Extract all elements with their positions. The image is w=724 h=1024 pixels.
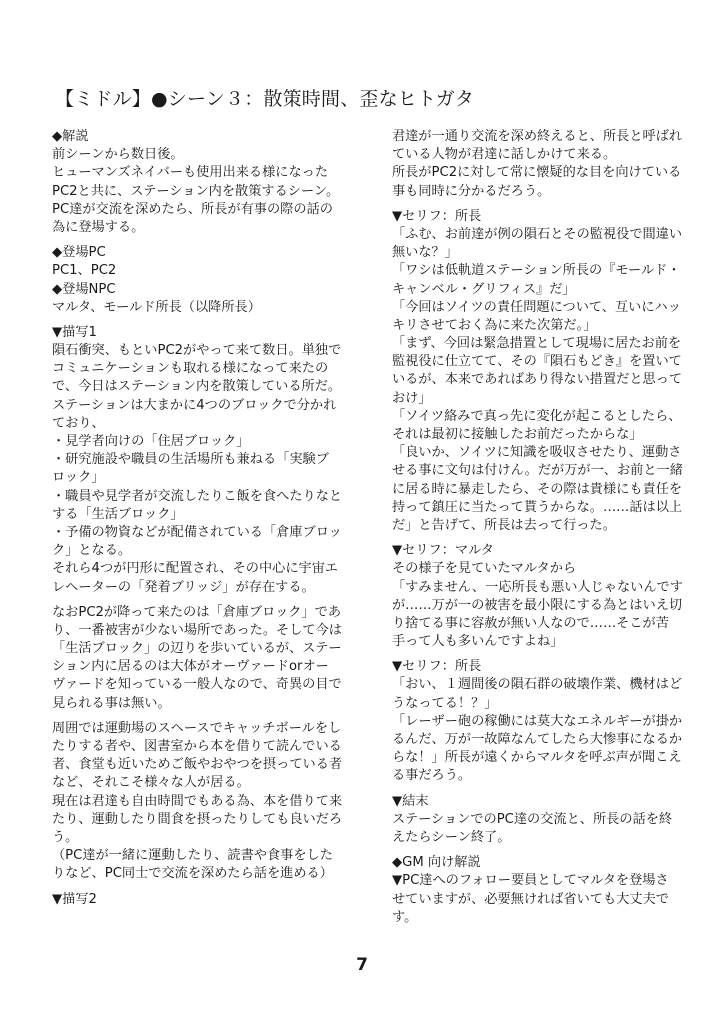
text-line: 手って人も多いんですよね」 [392,633,692,651]
text-line: ション内に居るのは大体がオーヴァードorオー [52,658,352,676]
text-line: 「ソイツ絡みで真っ先に変化が起こるとしたら、 [392,408,692,426]
text-line: が……万が一の被害を最小限にする為とはいえ切 [392,597,692,615]
text-line: に居る時に暴走したら、その際は貴様にも責任を [392,481,692,499]
paragraph-gap [392,847,692,854]
text-line: たりする者や、図書室から本を借りて読んでいる [52,738,352,756]
text-line: ロック」 [52,469,352,487]
text-line: で、今日はステーション内を散策している所だ。 [52,378,352,396]
text-line: ステーションでのPC達の交流と、所長の話を終 [392,811,692,829]
text-line: ▼PC達へのフォロー要員としてマルタを登場さ [392,872,692,890]
text-line: いるが、本来であればあり得ない措置だと思って [392,371,692,389]
text-line: ・予備の物資などが配備されている「倉庫ブロッ [52,524,352,542]
text-block: なおPC2が降って来たのは「倉庫ブロック」であり、一番被害が少ない場所であった。… [52,604,352,713]
text-line: ▼セリフ：マルタ [392,542,692,560]
text-line: ヒューマンズネイバーも使用出来る様になった [52,164,352,182]
paragraph-gap [392,201,692,208]
text-line: り捨てる事に容赦が無い人なので……そこが苦 [392,615,692,633]
text-line: ク」となる。 [52,542,352,560]
text-line: り、一番被害が少ない場所であった。そして今は [52,622,352,640]
text-line: 「ふむ、お前達が例の隕石とその監視役で間違い [392,226,692,244]
text-line: ・職員や見学者が交流したりこ飯を食へたりなと [52,488,352,506]
text-line: それは最初に接触したお前だったからな」 [392,426,692,444]
paragraph-gap [392,535,692,542]
text-line: PC1、PC2 [52,262,352,280]
text-line: ▼描写1 [52,324,352,342]
text-block: ◆登場PCPC1、PC2◆登場NPCマルタ、モールド所長（以降所長） [52,244,352,317]
text-line: う。 [52,829,352,847]
text-line: るんだ、万が一故障なんてしたら大惨事になるか [392,731,692,749]
text-line: ▼描写2 [52,891,352,909]
text-line: す。 [392,909,692,927]
text-line: 「生活ブロック」の辺りを歩いているが、ステー [52,640,352,658]
text-line: だ」と告げて、所長は去って行った。 [392,517,692,535]
page-number: 7 [0,955,724,975]
paragraph-gap [52,237,352,244]
text-line: する「生活ブロック」 [52,506,352,524]
text-line: 「良いか、ソイツに知識を吸収させたり、運動さ [392,444,692,462]
text-line: ・研究施設や職員の生活場所も兼ねる「実験ブ [52,451,352,469]
text-line: りなど、PC同士で交流を深めたら話を進める） [52,865,352,883]
text-line: ◆登場PC [52,244,352,262]
text-line: ステーションは大まかに4つのブロックで分かれ [52,397,352,415]
text-line: 周囲では運動場のスヘースでキャッチボールをし [52,720,352,738]
text-line: （PC達が一緒に運動したり、読書や食事をした [52,847,352,865]
text-line: る事だろう。 [392,767,692,785]
text-line: 監視役に仕立てて、その『隕石もどき』を置いて [392,353,692,371]
text-line: せていますが、必要無ければ省いても大丈夫で [392,891,692,909]
text-line: 「レーザー砲の稼働には莫大なエネルギーが掛か [392,713,692,731]
text-line: 「今回はソイツの責任問題について、互いにハッ [392,299,692,317]
text-line: ▼結末 [392,793,692,811]
text-line: 君達が一通り交流を深め終えると、所長と呼ばれ [392,128,692,146]
text-block: ▼セリフ：所長「ふむ、お前達が例の隕石とその監視役で間違い無いな？」「ワシは低軌… [392,208,692,535]
text-line: ており、 [52,415,352,433]
text-line: その様子を見ていたマルタから [392,560,692,578]
left-column: ◆解説前シーンから数日後。ヒューマンズネイバーも使用出来る様になったPC2と共に… [52,128,352,909]
text-line: なおPC2が降って来たのは「倉庫ブロック」であ [52,604,352,622]
text-line: ▼セリフ：所長 [392,208,692,226]
text-block: ▼描写1隕石衝突、もといPC2がやって来て数日。単独でコミュニケーションも取れる… [52,324,352,597]
text-line: 現在は君達も自由時間でもある為、本を借りて来 [52,793,352,811]
text-line: PC2と共に、ステーション内を散策するシーン。 [52,183,352,201]
text-line: ◆登場NPC [52,281,352,299]
text-line: 隕石衝突、もといPC2がやって来て数日。単独で [52,342,352,360]
text-block: 君達が一通り交流を深め終えると、所長と呼ばれている人物が君達に話しかけて来る。所… [392,128,692,201]
text-line: たり、運動したり間食を摂ったりしても良いだろ [52,811,352,829]
text-line: PC達が交流を深めたら、所長が有事の際の話の [52,201,352,219]
paragraph-gap [392,651,692,658]
text-line: うなってる！？」 [392,695,692,713]
text-block: ▼セリフ：所長「おい、１週間後の隕石群の破壊作業、機材はどうなってる！？」「レー… [392,658,692,785]
text-line: 無いな？」 [392,244,692,262]
text-line: せる事に文句は付けん。だが万が一、お前と一緒 [392,462,692,480]
text-line: 前シーンから数日後。 [52,146,352,164]
text-line: おけ」 [392,390,692,408]
text-line: レヘーターの「発着ブリッジ」が存在する。 [52,579,352,597]
paragraph-gap [52,713,352,720]
right-column: 君達が一通り交流を深め終えると、所長と呼ばれている人物が君達に話しかけて来る。所… [392,128,692,927]
text-line: ▼セリフ：所長 [392,658,692,676]
text-line: 為に登場する。 [52,219,352,237]
scene-title: 【ミドル】●シーン３：散策時間、歪なヒトガタ [55,86,474,112]
text-line: ヴァードを知っている一般人なので、奇異の目で [52,676,352,694]
text-block: ◆解説前シーンから数日後。ヒューマンズネイバーも使用出来る様になったPC2と共に… [52,128,352,237]
text-line: マルタ、モールド所長（以降所長） [52,299,352,317]
text-line: キリさせておく為に来た次第だ。」 [392,317,692,335]
text-block: ▼セリフ：マルタその様子を見ていたマルタから「すみません、一応所長も悪い人じゃな… [392,542,692,651]
text-line: らな！」所長が遠くからマルタを呼ぶ声が聞こえ [392,749,692,767]
text-line: キャンベル・グリフィス』だ」 [392,281,692,299]
paragraph-gap [52,317,352,324]
text-line: など、それこそ様々な人が居る。 [52,774,352,792]
text-line: ◆GM 向け解説 [392,854,692,872]
text-line: 持って鎮圧に当たって貰うからな。……話は以上 [392,499,692,517]
text-block: ▼描写2 [52,891,352,909]
text-line: えたらシーン終了。 [392,829,692,847]
text-line: ・見学者向けの「住居ブロック」 [52,433,352,451]
text-block: ▼結末ステーションでのPC達の交流と、所長の話を終えたらシーン終了。 [392,793,692,848]
text-line: 「まず、今回は緊急措置として現場に居たお前を [392,335,692,353]
text-line: 所長がPC2に対して常に懐疑的な目を向けている [392,164,692,182]
text-block: 周囲では運動場のスヘースでキャッチボールをしたりする者や、図書室から本を借りて読… [52,720,352,884]
text-line: ◆解説 [52,128,352,146]
text-line: 「ワシは低軌道ステーション所長の『モールド・ [392,262,692,280]
paragraph-gap [392,786,692,793]
text-block: ◆GM 向け解説▼PC達へのフォロー要員としてマルタを登場させていますが、必要無… [392,854,692,927]
text-line: ている人物が君達に話しかけて来る。 [392,146,692,164]
text-line: 見られる事は無い。 [52,695,352,713]
text-line: 者、食堂も近いためご飯やおやつを摂っている者 [52,756,352,774]
text-line: 「おい、１週間後の隕石群の破壊作業、機材はど [392,676,692,694]
text-line: コミュニケーションも取れる様になって来たの [52,360,352,378]
paragraph-gap [52,597,352,604]
text-line: それら4つが円形に配置され、その中心に宇宙エ [52,560,352,578]
text-line: 「すみません、一応所長も悪い人じゃないんです [392,579,692,597]
paragraph-gap [52,884,352,891]
text-line: 事も同時に分かるだろう。 [392,183,692,201]
